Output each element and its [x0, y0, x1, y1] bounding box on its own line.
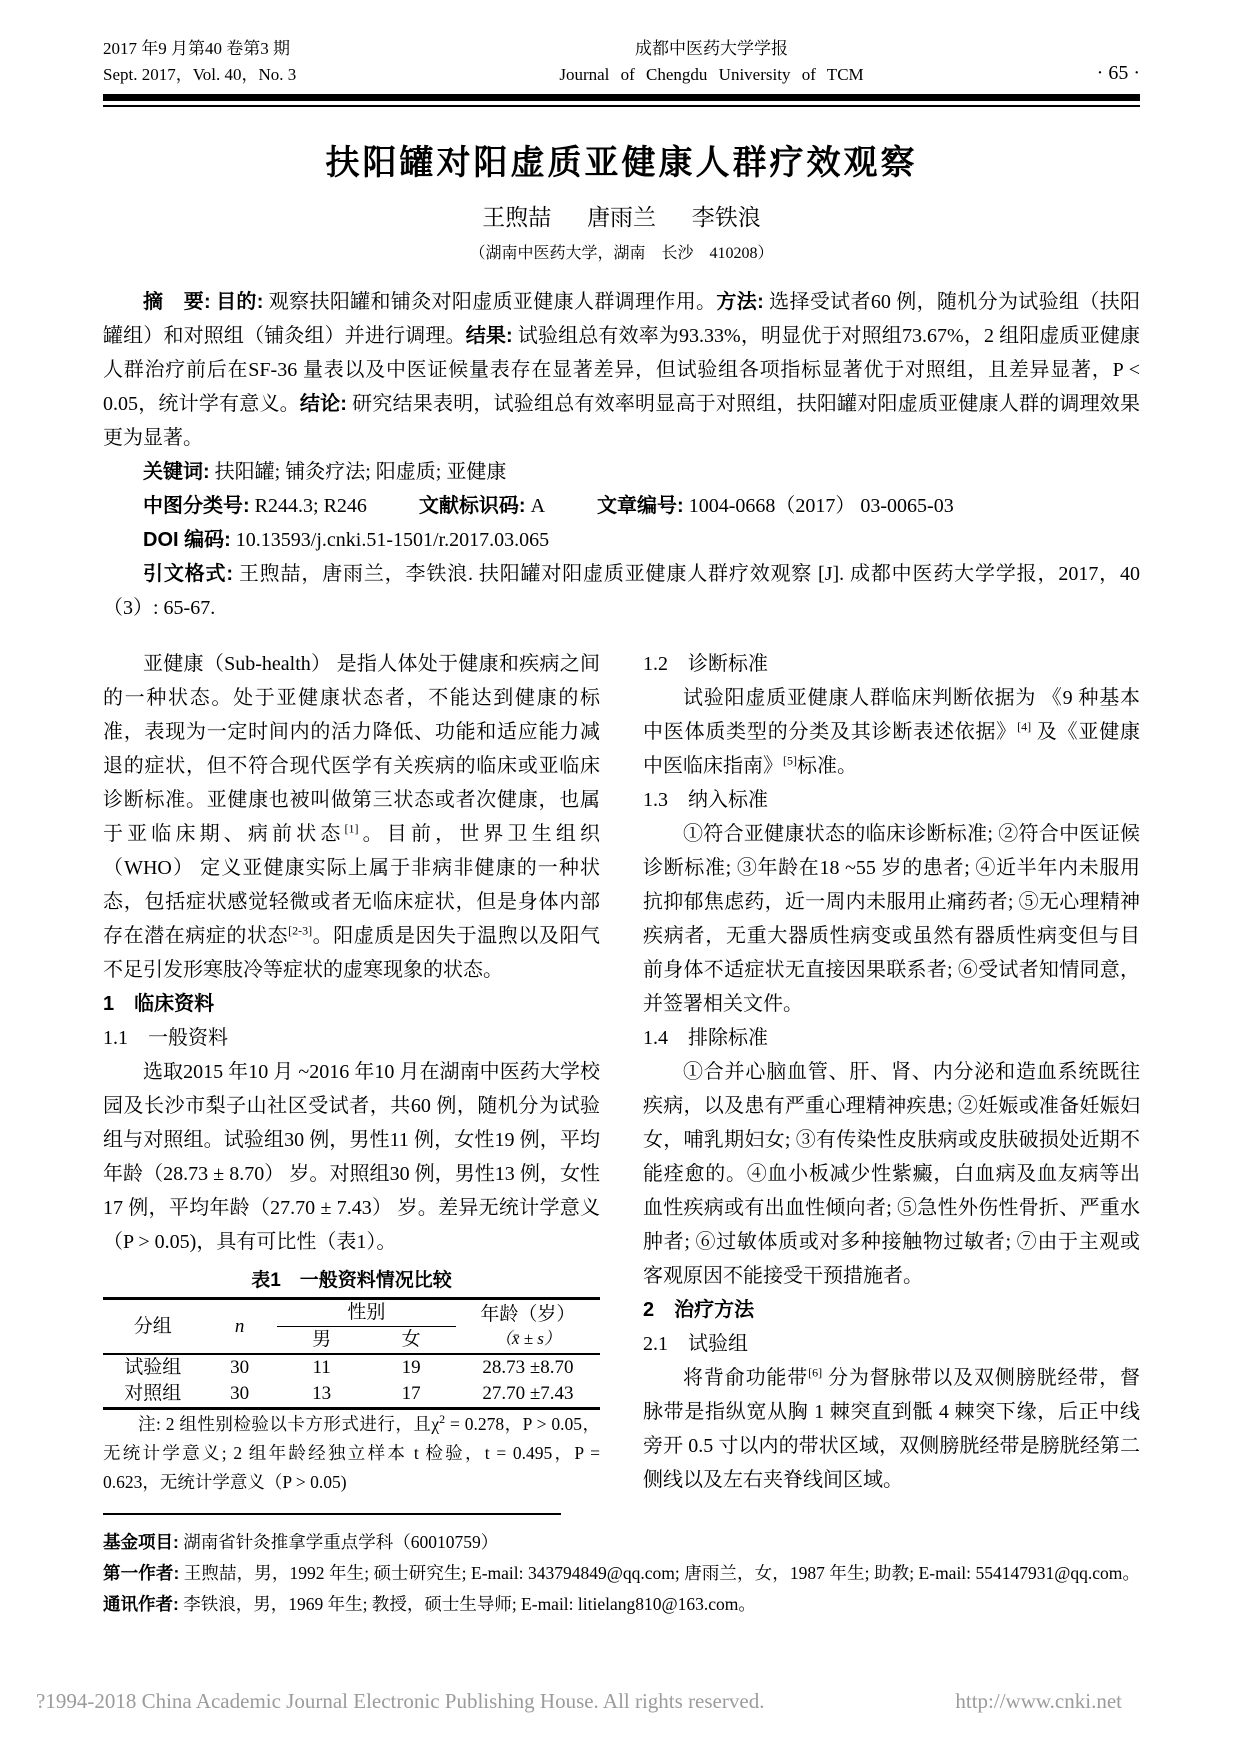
citation-superscript: [1]: [345, 821, 359, 835]
cell-female: 19: [366, 1354, 455, 1381]
cell-age: 27.70 ±7.43: [456, 1381, 600, 1409]
affiliation: （湖南中医药大学，湖南 长沙 410208）: [103, 243, 1140, 265]
treatment-paragraph: 将背俞功能带[6] 分为督脉带以及双侧膀胱经带，督脉带是指纵宽从胸 1 棘突直到…: [643, 1361, 1140, 1497]
doi-line: DOI 编码: 10.13593/j.cnki.51-1501/r.2017.0…: [103, 523, 1140, 557]
col-header-female: 女: [366, 1327, 455, 1355]
intro-paragraph: 亚健康（Sub-health） 是指人体处于健康和疾病之间的一种状态。处于亚健康…: [103, 647, 600, 987]
col-header-gender: 性别: [277, 1299, 456, 1327]
doi-label: DOI 编码:: [143, 529, 231, 551]
journal-name-cn: 成都中医药大学学报: [403, 36, 1020, 62]
classification-line: 中图分类号: R244.3; R246文献标识码: A文章编号: 1004-06…: [103, 489, 1140, 523]
cell-age: 28.73 ±8.70: [456, 1354, 600, 1381]
citation-superscript: [5]: [783, 753, 797, 767]
section-1-3-heading: 1.3 纳入标准: [643, 783, 1140, 817]
table-1-title: 表1 一般资料情况比较: [103, 1267, 600, 1295]
cell-n: 30: [202, 1354, 277, 1381]
table-row: 试验组 30 11 19 28.73 ±8.70: [103, 1354, 600, 1381]
article-no-label: 文章编号:: [597, 495, 684, 517]
doc-code-value: A: [531, 495, 545, 517]
author-name: 唐雨兰: [587, 205, 656, 230]
citation-superscript: [4]: [1017, 719, 1031, 733]
section-1-4-heading: 1.4 排除标准: [643, 1021, 1140, 1055]
journal-name-en: Journal of Chengdu University of TCM: [403, 62, 1020, 88]
section-1-heading: 1 临床资料: [103, 987, 600, 1021]
author-list: 王煦喆 唐雨兰 李铁浪: [103, 203, 1140, 233]
citation-label: 引文格式:: [143, 563, 233, 585]
first-author-label: 第一作者:: [103, 1563, 179, 1583]
page-header: 2017 年9 月第40 卷第3 期 Sept. 2017，Vol. 40，No…: [103, 36, 1140, 88]
cell-male: 11: [277, 1354, 366, 1381]
section-1-1-heading: 1.1 一般资料: [103, 1021, 600, 1055]
page-content: 2017 年9 月第40 卷第3 期 Sept. 2017，Vol. 40，No…: [0, 0, 1240, 1620]
inclusion-paragraph: ①符合亚健康状态的临床诊断标准; ②符合中医证候诊断标准; ③年龄在18 ~55…: [643, 817, 1140, 1021]
abstract-conclusion-label: 结论:: [300, 393, 347, 415]
journal-name: 成都中医药大学学报 Journal of Chengdu University …: [403, 36, 1020, 88]
article-title: 扶阳罐对阳虚质亚健康人群疗效观察: [103, 141, 1140, 185]
keywords-label: 关键词:: [143, 461, 210, 483]
clc-label: 中图分类号:: [143, 495, 250, 517]
abstract-paragraph: 摘 要: 目的: 观察扶阳罐和铺灸对阳虚质亚健康人群调理作用。方法: 选择受试者…: [103, 285, 1140, 455]
col-header-age: 年龄（岁） （x̄ ± s）: [456, 1299, 600, 1355]
keywords-line: 关键词: 扶阳罐; 铺灸疗法; 阳虚质; 亚健康: [103, 455, 1140, 489]
intro-text: 亚健康（Sub-health） 是指人体处于健康和疾病之间的一种状态。处于亚健康…: [103, 653, 600, 845]
abstract-result-label: 结果:: [466, 325, 513, 347]
issue-line-en: Sept. 2017，Vol. 40，No. 3: [103, 62, 403, 88]
table-1-header: 分组 n 性别 年龄（岁） （x̄ ± s） 男 女: [103, 1299, 600, 1355]
citation-superscript: [2-3]: [288, 923, 312, 937]
citation-text: 王煦喆，唐雨兰，李铁浪. 扶阳罐对阳虚质亚健康人群疗效观察 [J]. 成都中医药…: [103, 563, 1140, 619]
cell-n: 30: [202, 1381, 277, 1409]
doi-value: 10.13593/j.cnki.51-1501/r.2017.03.065: [236, 529, 549, 551]
fund-text: 湖南省针灸推拿学重点学科（60010759）: [183, 1532, 498, 1552]
table-1: 分组 n 性别 年龄（岁） （x̄ ± s） 男 女: [103, 1297, 600, 1410]
col-header-age-line2: （x̄ ± s）: [458, 1327, 598, 1351]
general-data-paragraph: 选取2015 年10 月 ~2016 年10 月在湖南中医药大学校园及长沙市梨子…: [103, 1055, 600, 1259]
author-name: 王煦喆: [482, 205, 551, 230]
abstract-purpose-label: 目的:: [216, 291, 263, 313]
diagnosis-text: 标准。: [797, 755, 857, 777]
authors-note-line: 第一作者: 王煦喆，男，1992 年生; 硕士研究生; E-mail: 3437…: [103, 1558, 1140, 1620]
cnki-url: http://www.cnki.net: [955, 1689, 1122, 1714]
abstract-label: 摘 要:: [143, 291, 211, 313]
cnki-watermark: ?1994-2018 China Academic Journal Electr…: [36, 1689, 1122, 1714]
fund-line: 基金项目: 湖南省针灸推拿学重点学科（60010759）: [103, 1527, 1140, 1558]
author-name: 李铁浪: [692, 205, 761, 230]
left-column: 亚健康（Sub-health） 是指人体处于健康和疾病之间的一种状态。处于亚健康…: [103, 647, 600, 1497]
article-no-value: 1004-0668（2017） 03-0065-03: [689, 495, 954, 517]
col-header-group: 分组: [103, 1299, 202, 1355]
cell-male: 13: [277, 1381, 366, 1409]
first-author-text: 王煦喆，男，1992 年生; 硕士研究生; E-mail: 343794849@…: [184, 1563, 1140, 1583]
col-header-n: n: [202, 1299, 277, 1355]
clc-value: R244.3; R246: [255, 495, 367, 517]
treatment-text: 将背俞功能带: [683, 1367, 808, 1389]
journal-page: 2017 年9 月第40 卷第3 期 Sept. 2017，Vol. 40，No…: [0, 0, 1240, 1754]
abstract-method-label: 方法:: [716, 291, 763, 313]
exclusion-paragraph: ①合并心脑血管、肝、肾、内分泌和造血系统既往疾病，以及患有严重心理精神疾患; ②…: [643, 1055, 1140, 1293]
keywords-text: 扶阳罐; 铺灸疗法; 阳虚质; 亚健康: [215, 461, 507, 483]
section-1-2-heading: 1.2 诊断标准: [643, 647, 1140, 681]
section-2-1-heading: 2.1 试验组: [643, 1327, 1140, 1361]
table-1-note: 注: 2 组性别检验以卡方形式进行，且χ2 = 0.278，P > 0.05，无…: [103, 1410, 600, 1497]
fund-label: 基金项目:: [103, 1532, 179, 1552]
footnote-divider: [103, 1513, 561, 1515]
citation-line: 引文格式: 王煦喆，唐雨兰，李铁浪. 扶阳罐对阳虚质亚健康人群疗效观察 [J].…: [103, 557, 1140, 625]
cell-group: 试验组: [103, 1354, 202, 1381]
note-text: 注: 2 组性别检验以卡方形式进行，且χ: [138, 1414, 439, 1434]
header-rule-thick: [103, 94, 1140, 101]
diagnosis-paragraph: 试验阳虚质亚健康人群临床判断依据为 《9 种基本中医体质类型的分类及其诊断表述依…: [643, 681, 1140, 783]
copyright-text: ?1994-2018 China Academic Journal Electr…: [36, 1689, 764, 1714]
abstract-purpose-text: 观察扶阳罐和铺灸对阳虚质亚健康人群调理作用。: [269, 291, 717, 313]
body-columns: 亚健康（Sub-health） 是指人体处于健康和疾病之间的一种状态。处于亚健康…: [103, 647, 1140, 1497]
issue-info: 2017 年9 月第40 卷第3 期 Sept. 2017，Vol. 40，No…: [103, 36, 403, 88]
section-2-heading: 2 治疗方法: [643, 1293, 1140, 1327]
cell-group: 对照组: [103, 1381, 202, 1409]
header-rule-thin: [103, 105, 1140, 107]
right-column: 1.2 诊断标准 试验阳虚质亚健康人群临床判断依据为 《9 种基本中医体质类型的…: [643, 647, 1140, 1497]
table-row: 对照组 30 13 17 27.70 ±7.43: [103, 1381, 600, 1409]
page-number: · 65 ·: [1020, 60, 1140, 88]
issue-line-cn: 2017 年9 月第40 卷第3 期: [103, 36, 403, 62]
corresponding-author-text: 李铁浪，男，1969 年生; 教授，硕士生导师; E-mail: litiela…: [183, 1594, 756, 1614]
table-1-body: 试验组 30 11 19 28.73 ±8.70 对照组 30 13 17: [103, 1354, 600, 1409]
doc-code-label: 文献标识码:: [419, 495, 526, 517]
cell-female: 17: [366, 1381, 455, 1409]
col-header-age-line1: 年龄（岁）: [458, 1303, 598, 1327]
table-1-block: 表1 一般资料情况比较 分组 n 性别 年龄（岁） （x̄ ± s）: [103, 1267, 600, 1497]
corresponding-author-label: 通讯作者:: [103, 1594, 179, 1614]
col-header-male: 男: [277, 1327, 366, 1355]
citation-superscript: [6]: [808, 1365, 822, 1379]
